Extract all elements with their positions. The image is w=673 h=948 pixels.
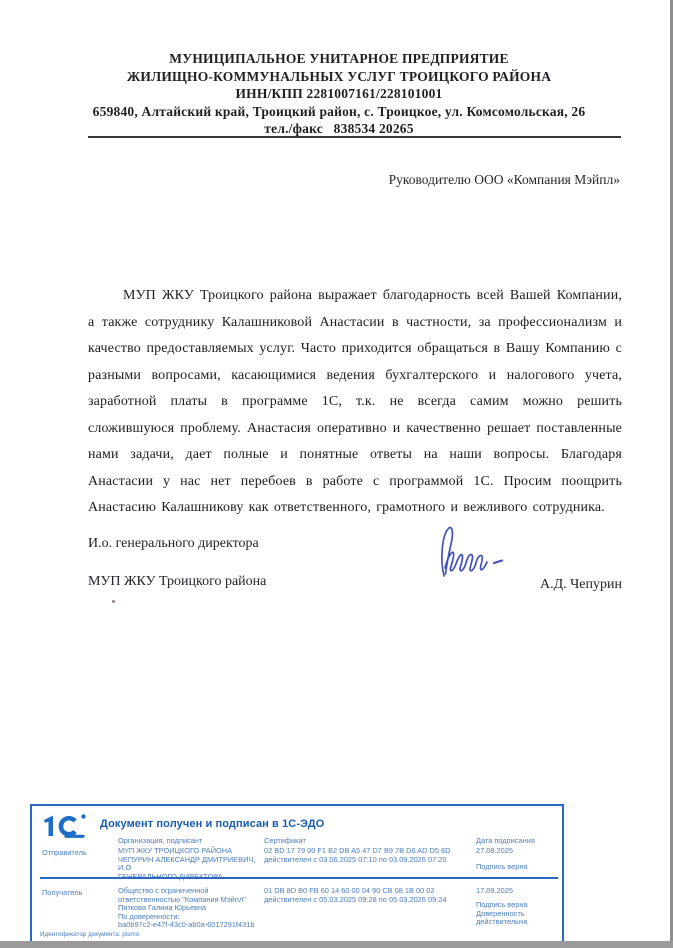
edo-sender-org-line: ЧЕПУРИН АЛЕКСАНДР ДМИТРИЕВИЧ, И.О [118, 856, 262, 873]
scanned-letter-page: МУНИЦИПАЛЬНОЕ УНИТАРНОЕ ПРЕДПРИЯТИЕ ЖИЛИ… [0, 0, 673, 948]
edo-sender-cert: 02 BD 17 79 00 F1 B2 DB A5 47 D7 B9 7B D… [264, 847, 474, 864]
1c-logo-icon [42, 812, 88, 845]
scan-edge-bottom [0, 941, 673, 948]
edo-receiver-cert: 01 DB 8D B0 FB 60 14 60 00 04 90 CB 08 1… [264, 887, 474, 904]
edo-sender-role: Отправитель [42, 849, 112, 858]
edo-receiver-cert-validity: действителен с 05.03.2025 09:28 по 05.03… [264, 896, 474, 905]
edo-receiver-org: Общество с ограниченной ответственностью… [118, 887, 262, 930]
edo-row-divider [40, 877, 558, 879]
letterhead-phone: тел./факс 838534 20265 [56, 120, 622, 138]
edo-sender-date: 27.08.2025 [476, 847, 560, 856]
edo-col-header-cert: Сертификат [264, 837, 474, 846]
edo-col-header-org: Организация, подписант [118, 837, 262, 846]
edo-sender-cert-validity: действителен с 03.06.2025 07:10 по 03.09… [264, 856, 474, 865]
handwritten-signature [430, 522, 508, 589]
signoff-position: И.о. генерального директора [88, 536, 259, 552]
signoff-organization: МУП ЖКУ Троицкого района [88, 574, 266, 590]
letterhead-inn-kpp: ИНН/КПП 2281007161/228101001 [56, 85, 622, 103]
edo-receiver-status: Подпись верна Доверенность действительна [476, 901, 560, 927]
signer-name: А.Д. Чепурин [540, 577, 622, 593]
signature-ink-icon [430, 522, 508, 584]
letterhead-org-line2: ЖИЛИЩНО-КОММУНАЛЬНЫХ УСЛУГ ТРОИЦКОГО РАЙ… [56, 68, 622, 86]
scan-artifact-dot [112, 600, 115, 603]
letterhead-org-line1: МУНИЦИПАЛЬНОЕ УНИТАРНОЕ ПРЕДПРИЯТИЕ [56, 50, 622, 68]
edo-stamp-title: Документ получен и подписан в 1С-ЭДО [100, 818, 324, 830]
edo-col-header-date: Дата подписания [476, 837, 560, 846]
letterhead: МУНИЦИПАЛЬНОЕ УНИТАРНОЕ ПРЕДПРИЯТИЕ ЖИЛИ… [56, 50, 622, 138]
edo-sender-status: Подпись верна [476, 863, 560, 872]
addressee-line: Руководителю ООО «Компания Мэйпл» [220, 172, 620, 188]
edo-stamp: Документ получен и подписан в 1С-ЭДО Орг… [30, 804, 564, 943]
edo-receiver-status-line: действительна [476, 918, 560, 927]
letter-body: МУП ЖКУ Троицкого района выражает благод… [88, 283, 622, 522]
edo-receiver-poa-id: ba0b97c2-e47f-43c0-ab0a-6017291f431b [118, 921, 262, 930]
letterhead-address: 659840, Алтайский край, Троицкий район, … [56, 103, 622, 121]
letterhead-divider [88, 136, 621, 138]
edo-document-id: Идентификатор документа: pismo [40, 931, 139, 938]
edo-receiver-role: Получатель [42, 889, 112, 898]
edo-receiver-date: 17.09.2025 [476, 887, 560, 896]
